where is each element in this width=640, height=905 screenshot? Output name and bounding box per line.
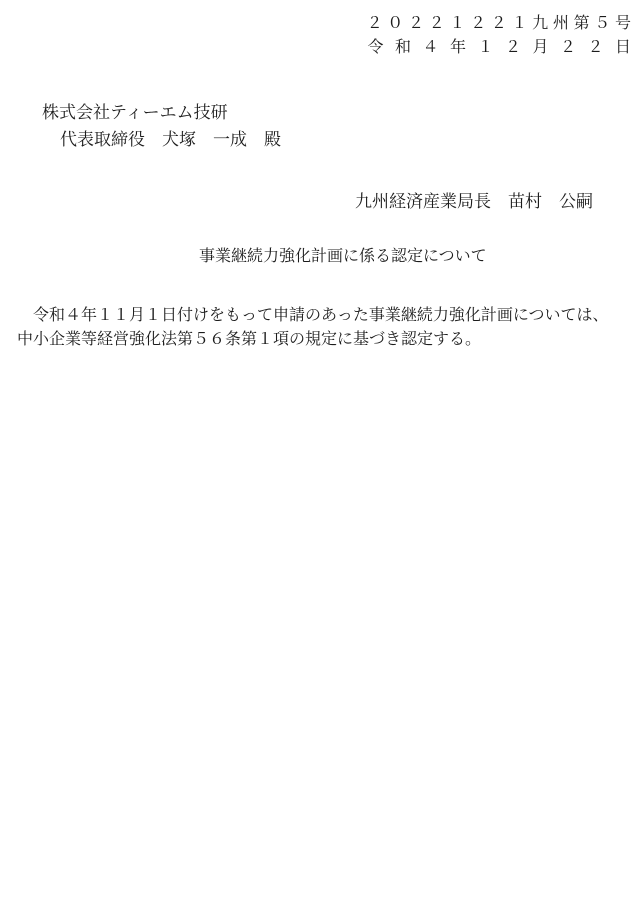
recipient-company-name: 株式会社ティーエム技研: [42, 99, 281, 126]
recipient-block: 株式会社ティーエム技研 代表取締役 犬塚 一成 殿: [42, 99, 281, 153]
recipient-representative-name: 代表取締役 犬塚 一成 殿: [60, 126, 281, 153]
sender-authority-name: 九州経済産業局長 苗村 公嗣: [355, 191, 593, 213]
body-paragraph: 令和４年１１月１日付けをもって申請のあった事業継続力強化計画については、 中小企…: [17, 304, 623, 352]
document-header: ２０２２１２２１九州第５号 令和４年１２月２２日: [367, 12, 631, 60]
document-number: ２０２２１２２１九州第５号: [367, 12, 636, 36]
body-line-2: 中小企業等経営強化法第５６条第１項の規定に基づき認定する。: [17, 328, 623, 352]
document-page: ２０２２１２２１九州第５号 令和４年１２月２２日 株式会社ティーエム技研 代表取…: [0, 0, 640, 905]
document-title: 事業継続力強化計画に係る認定について: [199, 246, 487, 268]
body-line-1: 令和４年１１月１日付けをもって申請のあった事業継続力強化計画については、: [17, 304, 623, 328]
document-date: 令和４年１２月２２日: [367, 36, 640, 60]
